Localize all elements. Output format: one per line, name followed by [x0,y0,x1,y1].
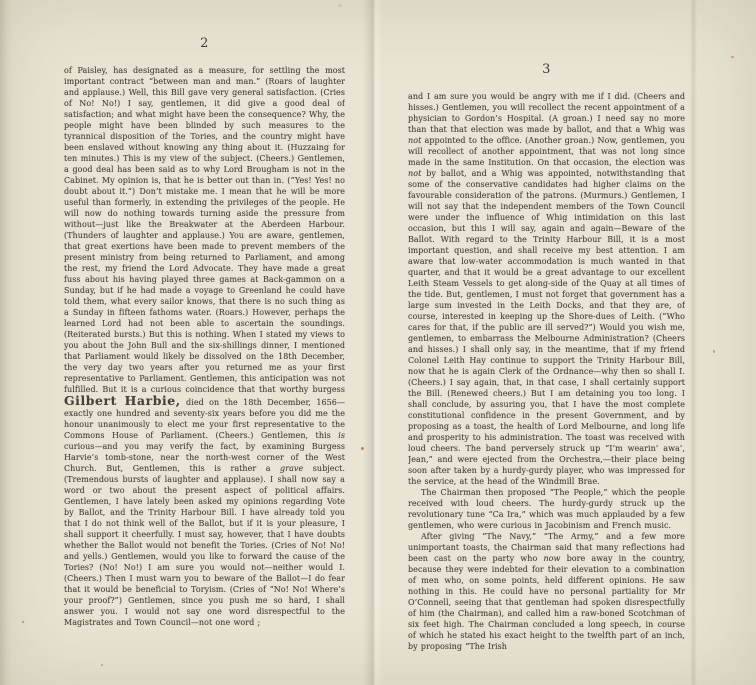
text-segment: bore away in the country, because they w… [408,554,685,651]
page-left: 2 of Paisley, has designated as a measur… [64,36,345,643]
text-segment: subject. (Tremendous bursts of laughter … [64,464,345,627]
page-edge-line [690,0,697,685]
text-segment: and I am sure you would be angry with me… [408,92,685,134]
text-segment: The Chairman then proposed “The People,”… [408,488,685,530]
page-number-right: 3 [408,62,685,77]
gutter-crease [363,0,383,685]
text-segment: of Paisley, has designated as a measure,… [64,66,345,394]
text-segment-blackletter: Gilbert Harbie, [64,393,181,408]
paper-speck [713,350,715,353]
paragraph: The Chairman then proposed “The People,”… [408,487,685,531]
text-segment: appointed to the office. (Another groan.… [408,136,685,167]
page-left-body: of Paisley, has designated as a measure,… [64,65,345,643]
page-right-body: and I am sure you would be angry with me… [408,91,685,666]
page-right: 3 and I am sure you would be angry with … [408,62,685,666]
paper-speck [338,4,342,7]
text-segment-italic: is [338,431,345,440]
text-segment-italic: not [408,136,421,145]
paper-speck [101,664,103,666]
left-edge-shadow [0,0,13,685]
paragraph: and I am sure you would be angry with me… [408,91,685,487]
text-segment-italic: now [543,554,560,563]
text-segment-italic: grave [280,464,303,473]
book-spread: 2 of Paisley, has designated as a measur… [0,0,756,685]
text-segment: by ballot, and a Whig was appointed, not… [408,169,685,486]
paper-speck [22,621,24,623]
page-number-left: 2 [64,36,345,51]
text-segment-italic: not [408,169,421,178]
paper-speck [731,56,734,58]
paragraph: of Paisley, has designated as a measure,… [64,65,345,628]
paragraph: After giving “The Navy,” “The Army,” and… [408,531,685,652]
